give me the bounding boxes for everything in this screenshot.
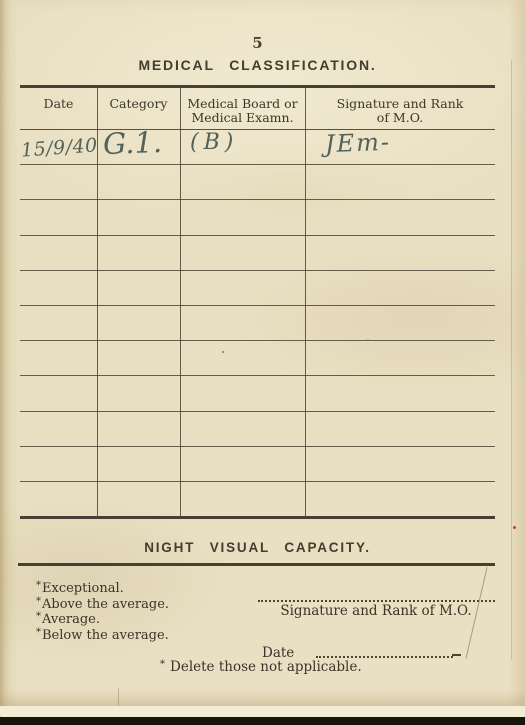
page-bottom-shadow <box>0 690 525 706</box>
grading-options-list: *Exceptional. *Above the average. *Avera… <box>36 580 169 642</box>
column-divider <box>305 88 306 516</box>
column-divider <box>180 88 181 516</box>
asterisk-marker: * <box>36 596 41 607</box>
date-dotted-line <box>316 646 453 658</box>
grading-option-text: Below the average. <box>42 628 169 643</box>
table-row <box>20 270 495 305</box>
signature-rank-label: Signature and Rank of M.O. <box>262 603 490 619</box>
grading-option-text: Average. <box>42 612 100 627</box>
table-row <box>20 235 495 270</box>
grading-option: *Average. <box>36 611 169 627</box>
table-row <box>20 446 495 481</box>
table-row <box>20 340 495 375</box>
section-rule <box>18 563 495 566</box>
table-row <box>20 375 495 410</box>
asterisk-marker: * <box>36 627 41 638</box>
handwritten-medical-board: (B) <box>190 130 238 155</box>
handwritten-category: G.1. <box>102 125 162 161</box>
delete-note: *Delete those not applicable. <box>160 659 362 675</box>
column-header-date: Date <box>20 88 97 129</box>
column-header-line: Medical Board or <box>180 97 305 111</box>
column-header-line: of M.O. <box>305 111 495 125</box>
paper-speck <box>513 526 516 529</box>
page-bottom-edge <box>0 706 525 717</box>
table-body <box>20 130 495 516</box>
table-row <box>20 481 495 516</box>
asterisk-marker: * <box>160 659 165 670</box>
scanned-logbook-page: 5 MEDICAL CLASSIFICATION. Date Category … <box>0 0 525 725</box>
asterisk-marker: * <box>36 611 41 622</box>
table-row <box>20 305 495 340</box>
signature-dotted-line <box>258 590 495 602</box>
paper-speck <box>222 351 224 353</box>
grading-option-text: Above the average. <box>42 597 169 612</box>
table-header-row: Date Category Medical Board or Medical E… <box>20 88 495 130</box>
grading-option: *Below the average. <box>36 627 169 643</box>
delete-note-text: Delete those not applicable. <box>170 659 362 675</box>
column-header-medical-board: Medical Board or Medical Examn. <box>180 88 305 129</box>
column-header-line: Date <box>20 97 97 111</box>
paper-speck <box>367 339 369 341</box>
page-number: 5 <box>0 34 515 52</box>
column-header-line: Medical Examn. <box>180 111 305 125</box>
column-header-category: Category <box>97 88 180 129</box>
grading-option-text: Exceptional. <box>42 581 124 596</box>
handwritten-signature: JEm- <box>325 128 392 158</box>
dash-mark <box>452 654 461 656</box>
grading-option: *Exceptional. <box>36 580 169 596</box>
table-row <box>20 411 495 446</box>
asterisk-marker: * <box>36 580 41 591</box>
paper-crease <box>511 60 512 660</box>
scan-background-edge <box>0 717 525 725</box>
grading-option: *Above the average. <box>36 596 169 612</box>
column-header-signature: Signature and Rank of M.O. <box>305 88 495 129</box>
night-visual-capacity-title: NIGHT VISUAL CAPACITY. <box>20 540 495 555</box>
column-header-line: Category <box>97 97 180 111</box>
column-header-line: Signature and Rank <box>305 97 495 111</box>
medical-classification-table: Date Category Medical Board or Medical E… <box>20 85 495 519</box>
page-title: MEDICAL CLASSIFICATION. <box>20 57 495 73</box>
table-row <box>20 164 495 199</box>
table-row <box>20 199 495 234</box>
